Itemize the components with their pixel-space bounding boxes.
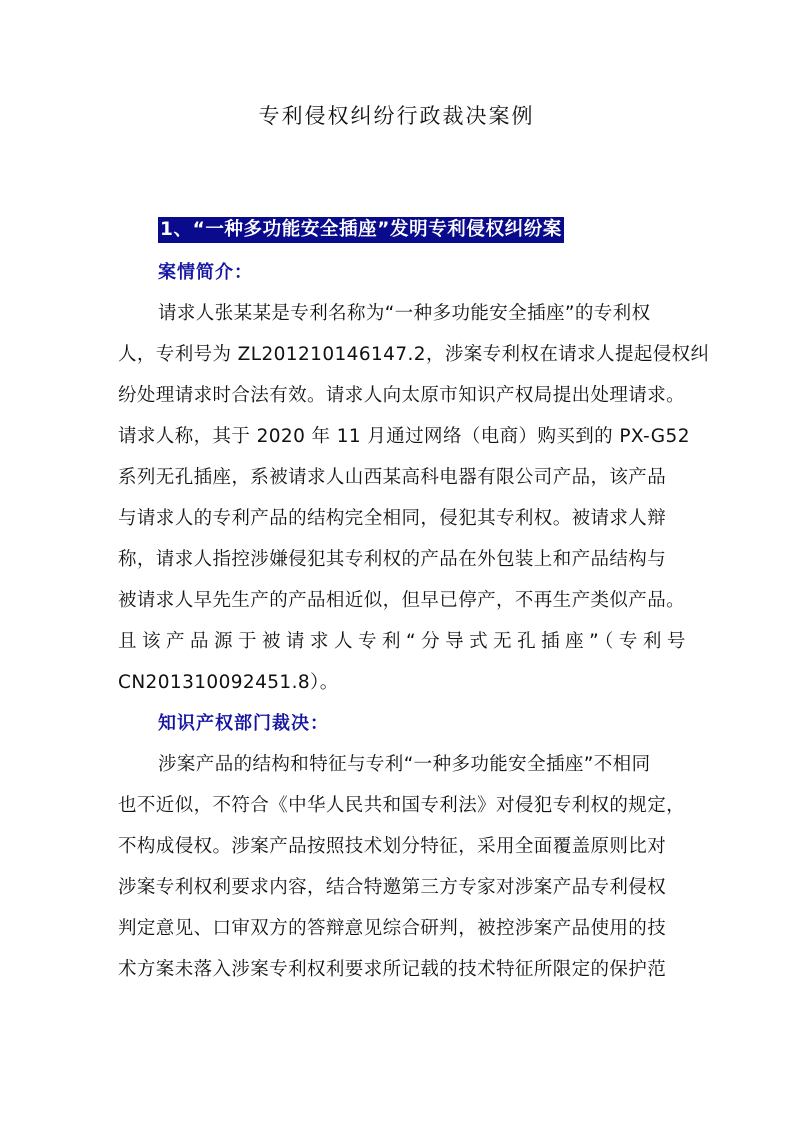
paragraph-line: 称，请求人指控涉嫌侵犯其专利权的产品在外包装上和产品结构与 [118,545,674,571]
paragraph-line: 请求人张某某是专利名称为“一种多功能安全插座”的专利权 [158,299,674,325]
paragraph-line: 术方案未落入涉案专利权利要求所记载的技术特征所限定的保护范 [118,955,674,981]
paragraph-line: 纷处理请求时合法有效。请求人向太原市知识产权局提出处理请求。 [118,381,674,407]
paragraph-line: 也不近似，不符合《中华人民共和国专利法》对侵犯专利权的规定， [118,791,674,817]
case-heading-highlighted: 1、“一种多功能安全插座”发明专利侵权纠纷案 [158,217,564,243]
paragraph-line: 涉案产品的结构和特征与专利“一种多功能安全插座”不相同 [158,750,674,776]
paragraph-line: 被请求人早先生产的产品相近似，但早已停产，不再生产类似产品。 [118,586,674,612]
paragraph-line: 系列无孔插座，系被请求人山西某高科电器有限公司产品，该产品 [118,463,674,489]
paragraph-line: 判定意见、口审双方的答辩意见综合研判，被控涉案产品使用的技 [118,914,674,940]
paragraph-line: 且该产品源于被请求人专利“分导式无孔插座”（专利号 [118,627,674,653]
paragraph-line: 涉案专利权利要求内容，结合特邀第三方专家对涉案产品专利侵权 [118,873,674,899]
document-page: 专利侵权纠纷行政裁决案例 1、“一种多功能安全插座”发明专利侵权纠纷案 案情简介… [0,0,793,1122]
paragraph-line: 请求人称，其于 2020 年 11 月通过网络（电商）购买到的 PX-G52 [118,422,674,448]
paragraph-line: 人，专利号为 ZL201210146147.2，涉案专利权在请求人提起侵权纠 [118,340,674,366]
paragraph-line: 与请求人的专利产品的结构完全相同，侵犯其专利权。被请求人辩 [118,504,674,530]
section-heading-case-summary: 案情简介： [158,258,253,284]
document-title: 专利侵权纠纷行政裁决案例 [0,100,793,130]
paragraph-line: 不构成侵权。涉案产品按照技术划分特征，采用全面覆盖原则比对 [118,832,674,858]
paragraph-line: CN201310092451.8）。 [118,668,674,694]
section-heading-ruling: 知识产权部门裁决： [158,709,329,735]
